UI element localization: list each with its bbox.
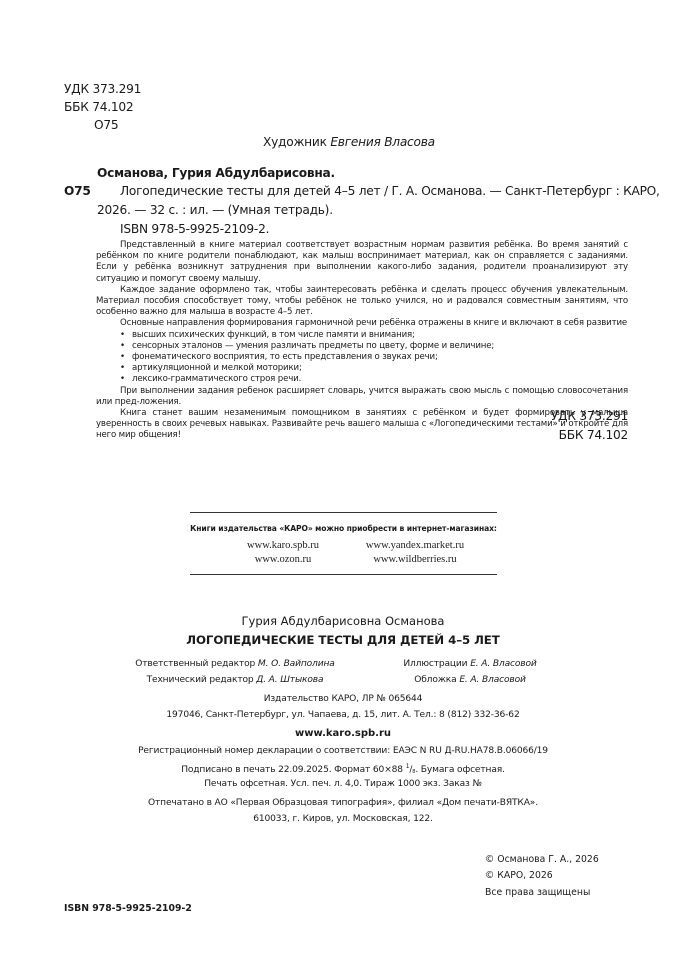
imprint-author: Гурия Абдулбарисовна Османова xyxy=(0,614,686,628)
signed-text: Подписано в печать 22.09.2025. Формат 60… xyxy=(181,765,406,775)
bib-author: Османова, Гурия Абдулбарисовна. xyxy=(97,166,335,180)
list-item: высших психических функций, в том числе … xyxy=(120,330,628,341)
list-item: фонематического восприятия, то есть пред… xyxy=(120,352,628,363)
printer-address: 610033, г. Киров, ул. Московская, 122. xyxy=(0,814,686,824)
list-item: лексико-грамматического строя речи. xyxy=(120,374,628,385)
annotation-paragraph: Книга станет вашим незаменимым помощнико… xyxy=(96,408,628,442)
format-numerator: 1 xyxy=(406,763,410,770)
divider-bottom xyxy=(190,574,497,575)
imprint-title: ЛОГОПЕДИЧЕСКИЕ ТЕСТЫ ДЛЯ ДЕТЕЙ 4–5 ЛЕТ xyxy=(0,633,686,647)
bib-description-line2: 2026. — 32 с. : ил. — (Умная тетрадь). xyxy=(97,203,333,217)
shop-link-wildberries[interactable]: www.wildberries.ru xyxy=(345,554,485,565)
annotation-paragraph: Каждое задание оформлено так, чтобы заин… xyxy=(96,285,628,319)
bbk-code-right: ББК 74.102 xyxy=(559,428,628,442)
illustrations-credit: Иллюстрации Е. А. Власовой xyxy=(385,659,555,669)
print-details: Печать офсетная. Усл. печ. л. 4,0. Тираж… xyxy=(0,779,686,789)
illustrations-label: Иллюстрации xyxy=(403,659,470,669)
rights-reserved: Все права защищены xyxy=(485,887,590,898)
publisher-address: 197046, Санкт-Петербург, ул. Чапаева, д.… xyxy=(0,710,686,720)
artist-label: Художник xyxy=(263,135,327,149)
shops-title: Книги издательства «КАРО» можно приобрес… xyxy=(190,524,497,533)
printer: Отпечатано в АО «Первая Образцовая типог… xyxy=(0,798,686,808)
cover-name: Е. А. Власовой xyxy=(459,675,525,685)
illustrations-name: Е. А. Власовой xyxy=(470,659,536,669)
editor-technical-name: Д. А. Штыкова xyxy=(256,675,323,685)
editor-responsible-name: М. О. Вайполина xyxy=(258,659,335,669)
shop-link-ozon[interactable]: www.ozon.ru xyxy=(213,554,353,565)
list-item: сенсорных эталонов — умения различать пр… xyxy=(120,341,628,352)
shop-link-karo[interactable]: www.karo.spb.ru xyxy=(213,540,353,551)
editor-responsible-label: Ответственный редактор xyxy=(135,659,258,669)
udk-code-right: УДК 373.291 xyxy=(551,409,628,423)
annotation: Представленный в книге материал соответс… xyxy=(96,240,628,442)
annotation-paragraph: При выполнении задания ребенок расширяет… xyxy=(96,386,628,408)
editor-technical-label: Технический редактор xyxy=(147,675,257,685)
annotation-paragraph: Представленный в книге материал соответс… xyxy=(96,240,628,285)
udk-code: УДК 373.291 xyxy=(64,82,141,96)
bib-code: О75 xyxy=(64,184,91,198)
skills-list: высших психических функций, в том числе … xyxy=(96,330,628,386)
publisher-website[interactable]: www.karo.spb.ru xyxy=(0,728,686,739)
divider-top xyxy=(190,512,497,513)
isbn-footer: ISBN 978-5-9925-2109-2 xyxy=(64,903,192,914)
artist-name: Евгения Власова xyxy=(330,135,435,149)
annotation-paragraph: Основные направления формирования гармон… xyxy=(96,318,628,329)
copyright-author: © Османова Г. А., 2026 xyxy=(485,854,599,865)
bib-isbn: ISBN 978-5-9925-2109-2. xyxy=(120,222,269,236)
print-signed: Подписано в печать 22.09.2025. Формат 60… xyxy=(0,763,686,775)
author-sign: О75 xyxy=(94,118,118,132)
registration-number: Регистрационный номер декларации о соотв… xyxy=(0,746,686,756)
editor-responsible: Ответственный редактор М. О. Вайполина xyxy=(125,659,345,669)
shop-link-yandex-market[interactable]: www.yandex.market.ru xyxy=(345,540,485,551)
artist-credit: Художник Евгения Власова xyxy=(263,135,435,149)
list-item: артикуляционной и мелкой моторики; xyxy=(120,363,628,374)
copyright-publisher: © КАРО, 2026 xyxy=(485,870,553,881)
cover-credit: Обложка Е. А. Власовой xyxy=(385,675,555,685)
cover-label: Обложка xyxy=(414,675,459,685)
signed-paper: . Бумага офсетная. xyxy=(415,765,505,775)
bib-description-line1: Логопедические тесты для детей 4–5 лет /… xyxy=(120,184,660,198)
bbk-code: ББК 74.102 xyxy=(64,100,133,114)
editor-technical: Технический редактор Д. А. Штыкова xyxy=(125,675,345,685)
publisher: Издательство КАРО, ЛР № 065644 xyxy=(0,694,686,704)
